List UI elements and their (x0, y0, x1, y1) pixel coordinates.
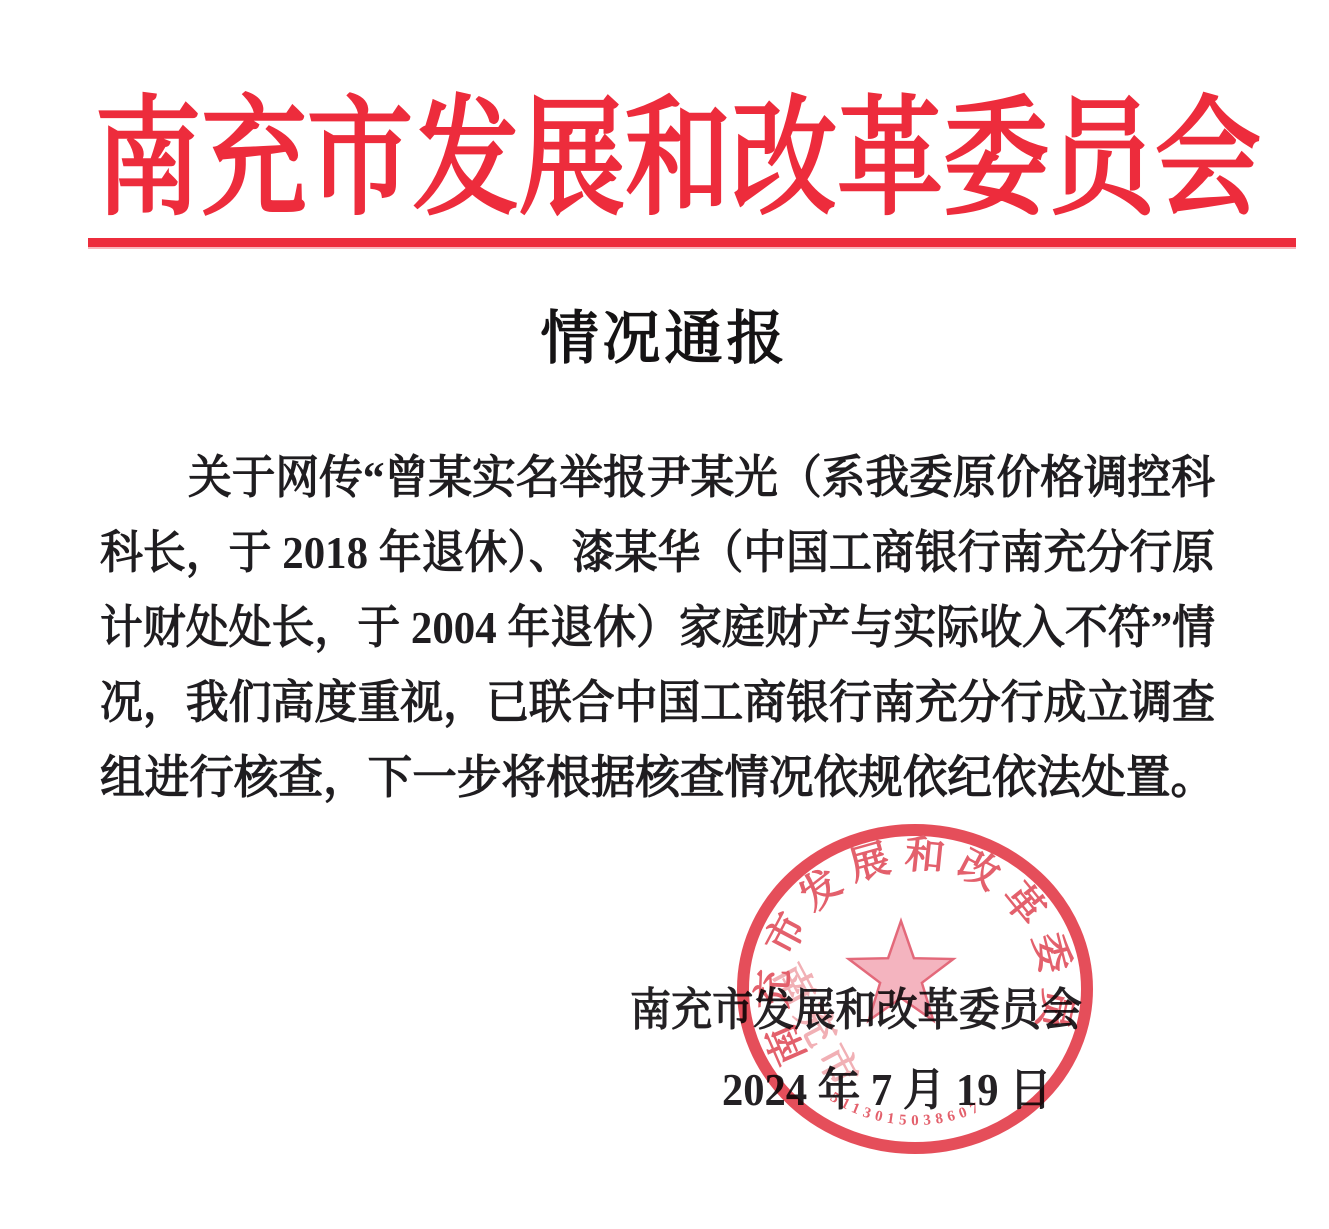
notice-body: 关于网传“曾某实名举报尹某光（系我委原价格调控科 科长，于 2018 年退休）、… (100, 440, 1215, 815)
notice-title: 情况通报 (0, 291, 1329, 375)
official-seal: 南充市发展和改革委员会 5113015038607 南充市 (735, 823, 1097, 1158)
body-line-5: 组进行核查，下一步将根据核查情况依规依纪依法处置。 (100, 740, 1181, 815)
body-line-3: 计财处处长，于 2004 年退休）家庭财产与实际收入不符”情 (100, 590, 1140, 665)
letterhead-agency-title: 南充市发展和改革委员会 (95, 76, 1292, 244)
body-line-1: 关于网传“曾某实名举报尹某光（系我委原价格调控科 (104, 440, 1163, 515)
seal-code: 5113015038607 (827, 1089, 986, 1129)
body-line-4: 况，我们高度重视，已联合中国工商银行南充分行成立调查 (100, 665, 1140, 740)
seal-star-icon (849, 921, 954, 1021)
notice-document: { "letterhead": { "agency_title": "南充市发展… (0, 0, 1329, 1229)
letterhead-red-divider (88, 238, 1296, 247)
body-line-2: 科长，于 2018 年退休）、漆某华（中国工商银行南充分行原 (100, 515, 1140, 590)
